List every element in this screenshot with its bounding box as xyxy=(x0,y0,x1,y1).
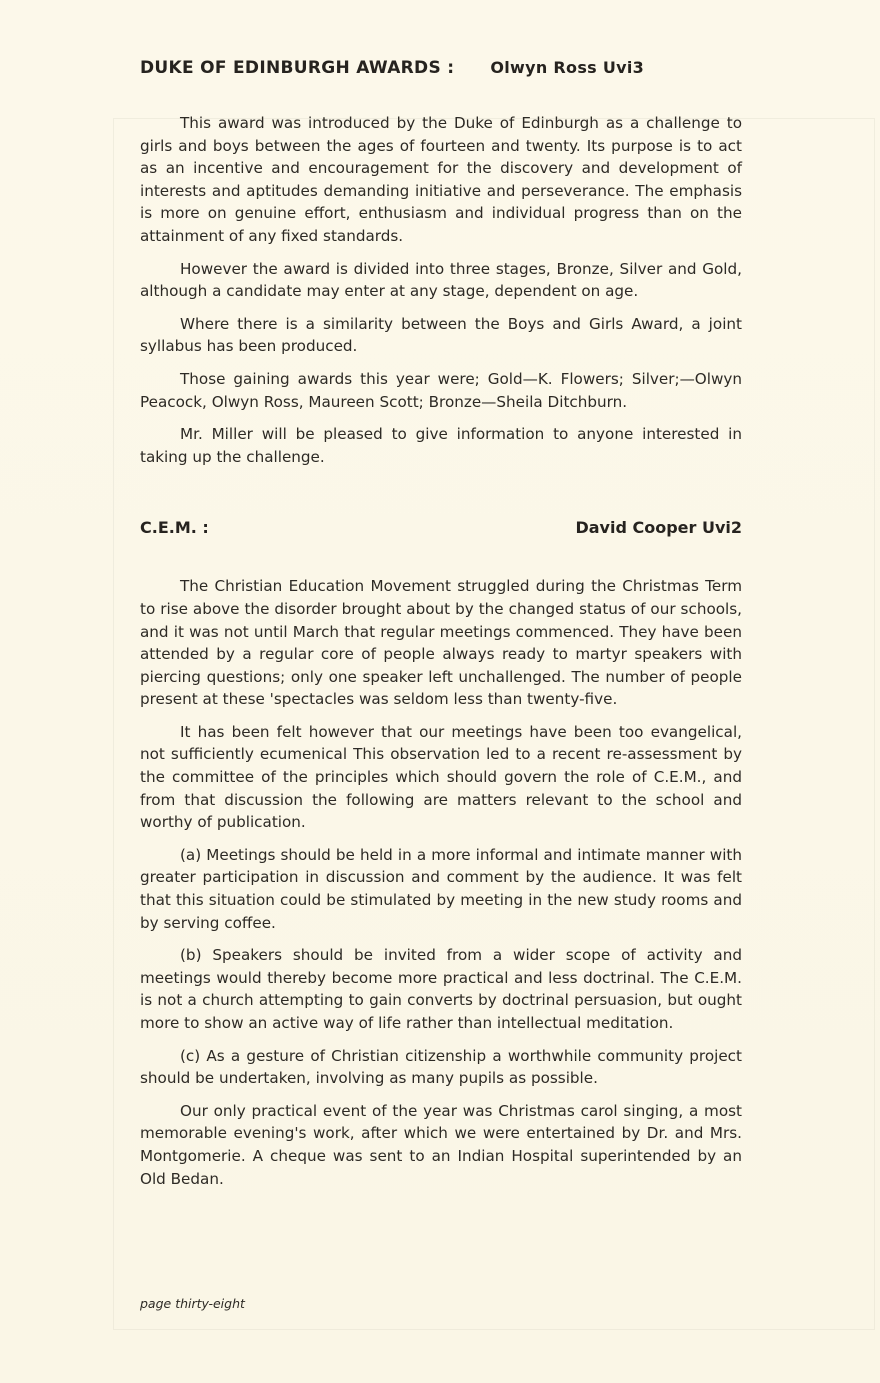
page-number: page thirty-eight xyxy=(140,1296,245,1311)
paragraph: (b) Speakers should be invited from a wi… xyxy=(140,944,742,1034)
document-page: DUKE OF EDINBURGH AWARDS : Olwyn Ross Uv… xyxy=(0,0,880,1383)
section-duke-of-edinburgh: DUKE OF EDINBURGH AWARDS : Olwyn Ross Uv… xyxy=(140,58,742,468)
section-title: C.E.M. : xyxy=(140,518,209,537)
page-content: DUKE OF EDINBURGH AWARDS : Olwyn Ross Uv… xyxy=(140,58,742,1200)
paragraph: It has been felt however that our meetin… xyxy=(140,721,742,834)
paragraph: This award was introduced by the Duke of… xyxy=(140,112,742,248)
section-author: David Cooper Uvi2 xyxy=(575,518,742,537)
paragraph: Where there is a similarity between the … xyxy=(140,313,742,358)
paragraph: Our only practical event of the year was… xyxy=(140,1100,742,1190)
paragraph: (a) Meetings should be held in a more in… xyxy=(140,844,742,934)
section-author: Olwyn Ross Uvi3 xyxy=(490,58,644,77)
paragraph: The Christian Education Movement struggl… xyxy=(140,575,742,711)
paragraph: However the award is divided into three … xyxy=(140,258,742,303)
paragraph: Those gaining awards this year were; Gol… xyxy=(140,368,742,413)
section-header: C.E.M. : David Cooper Uvi2 xyxy=(140,518,742,537)
section-title: DUKE OF EDINBURGH AWARDS : xyxy=(140,58,454,78)
paragraph: (c) As a gesture of Christian citizenshi… xyxy=(140,1045,742,1090)
section-cem: C.E.M. : David Cooper Uvi2 The Christian… xyxy=(140,518,742,1190)
paragraph: Mr. Miller will be pleased to give infor… xyxy=(140,423,742,468)
section-header: DUKE OF EDINBURGH AWARDS : Olwyn Ross Uv… xyxy=(140,58,742,78)
